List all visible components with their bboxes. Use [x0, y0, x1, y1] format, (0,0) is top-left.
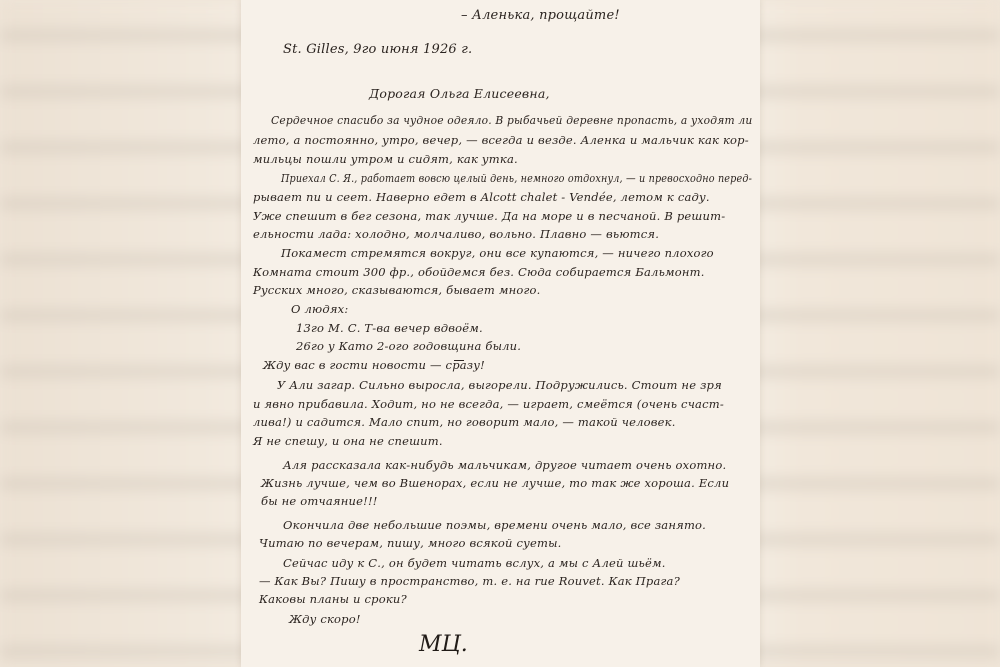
letter-line: Каковы планы и сроки?: [259, 592, 407, 606]
letter-line: О людях:: [291, 302, 348, 316]
letter-line: У Али загар. Сильно выросла, выгорели. П…: [277, 378, 722, 392]
letter-line: рывает пи и сеет. Наверно едет в Alcott …: [253, 190, 710, 204]
letter-line: 26го у Като 2-ого годовщина были.: [296, 339, 521, 353]
letter-line: Комната стоит 300 фр., обойдемся без. Сю…: [253, 265, 705, 279]
letter-line: Окончила две небольшие поэмы, времени оч…: [283, 518, 706, 532]
letter-line: Аля рассказала как-нибудь мальчикам, дру…: [283, 458, 726, 472]
section-divider: [454, 360, 464, 361]
letter-line: Покамест стремятся вокруг, они все купаю…: [281, 246, 714, 260]
letter-line: Приехал С. Я., работает вовсю целый день…: [281, 171, 752, 185]
letter-line: Читаю по вечерам, пишу, много всякой суе…: [259, 536, 562, 550]
letter-line: Жду скоро!: [289, 612, 361, 626]
salutation: Дорогая Ольга Елисеевна,: [369, 86, 550, 101]
letter-line: лива!) и садится. Мало спит, но говорит …: [253, 415, 676, 429]
letter-line: Русских много, сказываются, бывает много…: [253, 283, 540, 297]
letter-line: Сердечное спасибо за чудное одеяло. В ры…: [271, 113, 752, 127]
letter-page: – Аленька, прощайте! St. Gilles, 9го июн…: [241, 0, 760, 667]
letter-line: Жизнь лучше, чем во Вшенорах, если не лу…: [261, 476, 729, 490]
letter-line: бы не отчаяние!!!: [261, 494, 378, 508]
letter-line: и явно прибавила. Ходит, но не всегда, —…: [253, 397, 724, 411]
letter-line: Я не спешу, и она не спешит.: [253, 434, 443, 448]
letter-line: 13го М. С. Т-ва вечер вдвоём.: [296, 321, 483, 335]
place-date: St. Gilles, 9го июня 1926 г.: [283, 42, 472, 57]
letter-line: мильцы пошли утром и сидят, как утка.: [253, 152, 518, 166]
letter-line: Сейчас иду к С., он будет читать вслух, …: [283, 556, 666, 570]
letter-line: лето, а постоянно, утро, вечер, — всегда…: [253, 133, 749, 147]
letter-line: Жду вас в гости новости — сразу!: [263, 358, 485, 372]
letter-line: ельности лада: холодно, молчаливо, вольн…: [253, 227, 659, 241]
letter-line: — Как Вы? Пишу в пространство, т. е. на …: [259, 574, 680, 588]
signature: МЦ.: [419, 632, 468, 657]
postscript-top: – Аленька, прощайте!: [461, 8, 620, 23]
letter-line: Уже спешит в бег сезона, так лучше. Да н…: [253, 209, 725, 223]
